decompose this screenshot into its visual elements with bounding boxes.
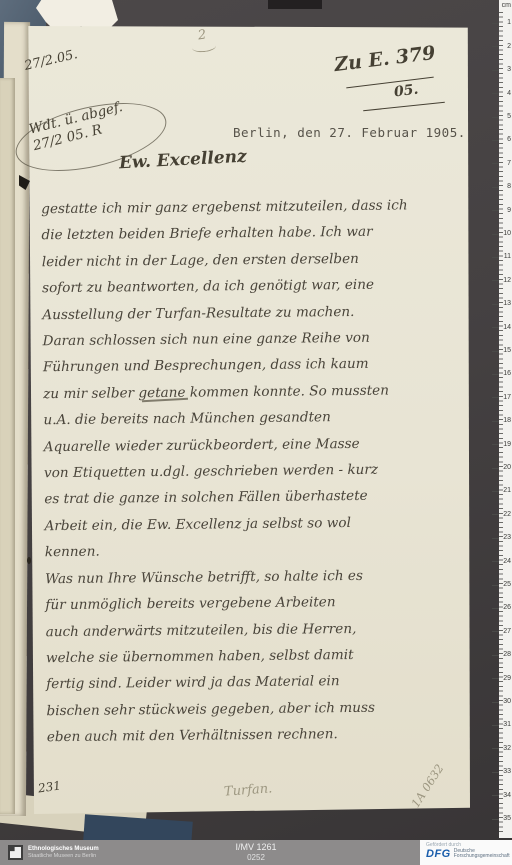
- image-number: 0252: [0, 853, 512, 864]
- ruler-major-tick: [492, 561, 499, 562]
- ruler-major-tick: [492, 444, 499, 445]
- ruler-number: 14: [502, 324, 511, 332]
- page-edge-strip: [0, 78, 15, 814]
- ruler-number: 35: [502, 815, 511, 823]
- typed-date-line: Berlin, den 27. Februar 1905.: [233, 125, 466, 140]
- ruler-number: 22: [502, 511, 511, 519]
- ruler-major-tick: [492, 795, 499, 796]
- ruler-major-tick: [492, 748, 499, 749]
- ruler-major-tick: [492, 327, 499, 328]
- letter-body: gestatte ich mir ganz ergebenst mitzutei…: [41, 192, 469, 751]
- ruler-major-tick: [492, 608, 499, 609]
- ruler-major-tick: [492, 678, 499, 679]
- ruler-number: 2: [502, 43, 511, 51]
- ruler-major-tick: [492, 234, 499, 235]
- ruler-number: 13: [502, 300, 511, 308]
- ruler-major-tick: [492, 93, 499, 94]
- ruler-major-tick: [492, 117, 499, 118]
- ruler-number: 30: [502, 698, 511, 706]
- ruler-number: 16: [502, 370, 511, 378]
- ruler-number: 28: [502, 651, 511, 659]
- ruler-major-tick: [492, 257, 499, 258]
- ruler-major-tick: [492, 187, 499, 188]
- shelfmark: I/MV 1261: [0, 842, 512, 853]
- ruler-major-tick: [492, 210, 499, 211]
- ruler-major-tick: [492, 46, 499, 47]
- ruler-number: 4: [502, 90, 511, 98]
- ruler-number: 5: [502, 113, 511, 121]
- ruler-number: 6: [502, 136, 511, 144]
- ruler-number: 18: [502, 417, 511, 425]
- ruler-major-tick: [492, 585, 499, 586]
- ruler-number: 19: [502, 441, 511, 449]
- ruler-number: 29: [502, 675, 511, 683]
- ruler-major-tick: [492, 468, 499, 469]
- ruler-major-tick: [492, 280, 499, 281]
- ruler-number: 15: [502, 347, 511, 355]
- ruler-major-tick: [492, 655, 499, 656]
- ruler-major-tick: [492, 163, 499, 164]
- ruler-major-tick: [492, 23, 499, 24]
- ruler-number: 20: [502, 464, 511, 472]
- ruler-number: 31: [502, 721, 511, 729]
- ruler-number: 8: [502, 183, 511, 191]
- ruler-major-tick: [492, 374, 499, 375]
- ruler-major-tick: [492, 538, 499, 539]
- ruler-number: 32: [502, 745, 511, 753]
- ruler-major-tick: [492, 351, 499, 352]
- ruler-number: 9: [502, 207, 511, 215]
- ruler: cm 1 2 3 4 5 6 7 8 9 10 1: [499, 0, 512, 838]
- ruler-number: 33: [502, 768, 511, 776]
- ruler-number: 10: [502, 230, 511, 238]
- ruler-number: 26: [502, 604, 511, 612]
- registry-year: 05.: [393, 82, 419, 101]
- ruler-major-tick: [492, 702, 499, 703]
- ruler-number: 3: [502, 66, 511, 74]
- footer-bar: Ethnologisches Museum Staatliche Museen …: [0, 840, 512, 865]
- ruler-major-tick: [492, 631, 499, 632]
- letter-body-line: gestatte ich mir ganz ergebenst mitzutei…: [41, 192, 463, 223]
- ruler-major-tick: [492, 421, 499, 422]
- ruler-major-tick: [492, 819, 499, 820]
- ruler-number: 17: [502, 394, 511, 402]
- ruler-major-tick: [492, 70, 499, 71]
- ruler-major-tick: [492, 772, 499, 773]
- scan-shadow-notch: [268, 0, 322, 9]
- ink-spec: [27, 557, 31, 564]
- ruler-major-tick: [492, 491, 499, 492]
- ruler-number: 23: [502, 534, 511, 542]
- ruler-number: 27: [502, 628, 511, 636]
- ruler-major-tick: [492, 304, 499, 305]
- ruler-major-tick: [492, 140, 499, 141]
- letter-body-line: eben auch mit den Verhältnissen rechnen.: [47, 720, 469, 751]
- ruler-number: 24: [502, 558, 511, 566]
- ruler-major-tick: [492, 514, 499, 515]
- ruler-number: 12: [502, 277, 511, 285]
- ruler-number: 1: [502, 19, 511, 27]
- ruler-major-tick: [492, 725, 499, 726]
- ruler-number: 7: [502, 160, 511, 168]
- ruler-number: 11: [502, 253, 511, 261]
- ruler-unit-label: cm: [502, 2, 511, 9]
- ruler-number: 25: [502, 581, 511, 589]
- shelfmark-block: I/MV 1261 0252: [0, 842, 512, 863]
- ruler-number: 21: [502, 487, 511, 495]
- scan-viewport: 27/2.05. Wdt. ü. abgef. 27/2 05. R 2 Zu …: [0, 0, 512, 865]
- ruler-major-tick: [492, 397, 499, 398]
- ruler-number: 34: [502, 792, 511, 800]
